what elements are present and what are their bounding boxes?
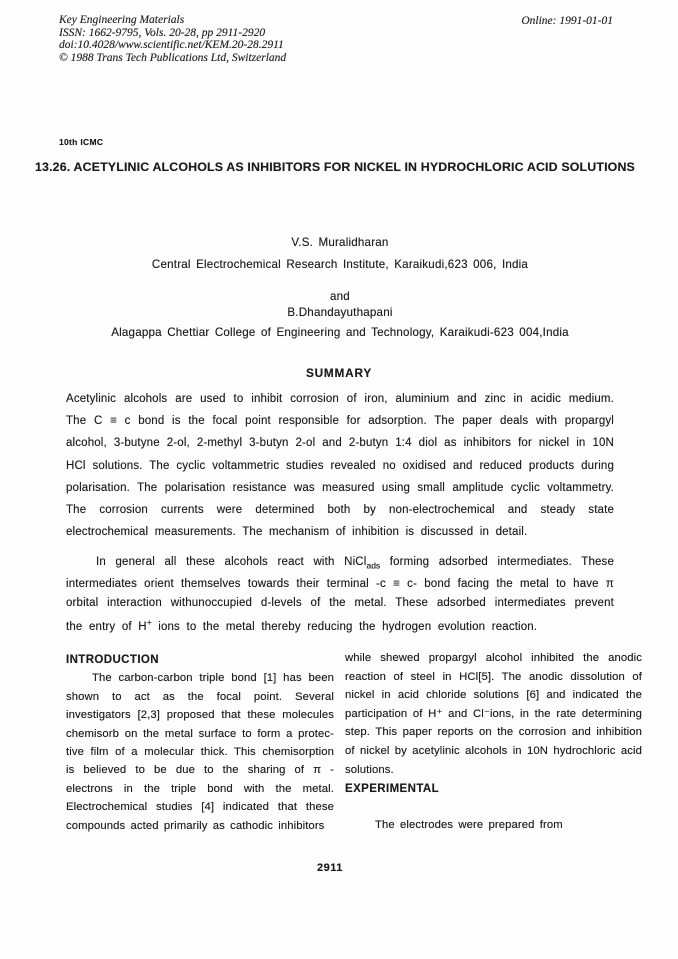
right-column-paragraph: while shewed propargyl alcohol inhibited…	[345, 649, 642, 779]
conference-label: 10th ICMC	[59, 137, 103, 147]
issn-line: ISSN: 1662-9795, Vols. 20-28, pp 2911-29…	[59, 27, 286, 40]
author-2-affiliation: Alagappa Chettiar College of Engineering…	[34, 326, 646, 339]
document-page: Key Engineering Materials ISSN: 1662-979…	[0, 0, 678, 959]
summary-paragraph-1: Acetylinic alcohols are used to inhibit …	[66, 388, 614, 543]
copyright-line: © 1988 Trans Tech Publications Ltd, Swit…	[59, 52, 286, 65]
doi-line: doi:10.4028/www.scientific.net/KEM.20-28…	[59, 39, 286, 52]
author-1-name: V.S. Muralidharan	[34, 236, 646, 249]
page-number: 2911	[317, 862, 343, 874]
online-date: Online: 1991-01-01	[521, 15, 613, 27]
experimental-heading: EXPERIMENTAL	[345, 780, 642, 799]
introduction-body: The carbon-carbon triple bond [1] has be…	[66, 669, 334, 835]
summary-heading: SUMMARY	[0, 366, 678, 380]
experimental-paragraph: The electrodes were prepared from	[345, 816, 642, 835]
authors-connector: and	[34, 290, 646, 303]
author-1-affiliation: Central Electrochemical Research Institu…	[34, 258, 646, 271]
journal-title: Key Engineering Materials	[59, 14, 286, 27]
ads-subscript: ads	[366, 560, 380, 570]
left-column: INTRODUCTION The carbon-carbon triple bo…	[66, 651, 334, 835]
summary-p2-text-3: ions to the metal thereby reducing the h…	[152, 621, 538, 633]
introduction-heading: INTRODUCTION	[66, 651, 334, 669]
journal-header: Key Engineering Materials ISSN: 1662-979…	[59, 14, 286, 64]
author-2-name: B.Dhandayuthapani	[34, 306, 646, 319]
paper-title: 13.26. ACETYLINIC ALCOHOLS AS INHIBITORS…	[35, 160, 665, 174]
summary-p2-text-1: In general all these alcohols react with…	[96, 556, 366, 568]
right-column: while shewed propargyl alcohol inhibited…	[345, 649, 642, 834]
summary-paragraph-2: In general all these alcohols react with…	[66, 553, 614, 637]
